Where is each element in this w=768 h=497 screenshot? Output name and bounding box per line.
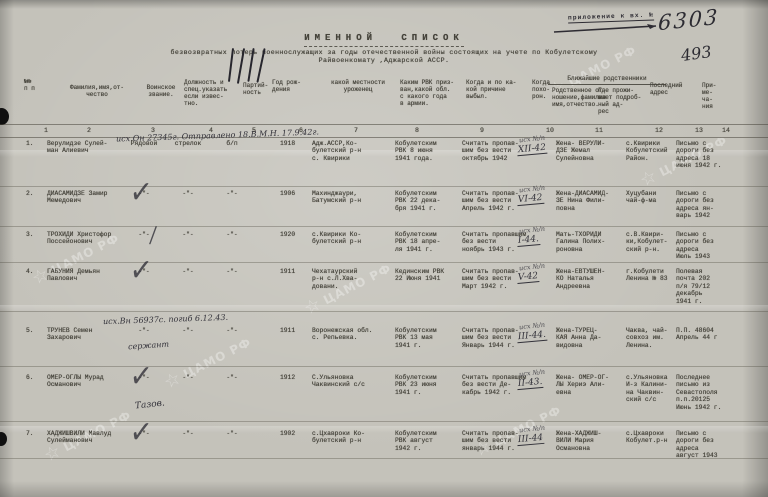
cell-last-address: Последнее письмо из Севастополя п.п.2012… <box>676 374 748 411</box>
cell-party: -"- <box>208 190 256 197</box>
col-number: 1 <box>44 127 48 134</box>
document-subtitle-line2: Райвоенкомату ,Аджарской АССР. <box>0 57 768 64</box>
cell-relative-address: Хуцубани чай-ф-ма <box>626 190 676 205</box>
cell-position: стрелок <box>162 140 214 147</box>
document-subtitle-line1: безвозвратных потерь военнослужащих за г… <box>0 49 768 56</box>
row-separator <box>0 311 768 312</box>
row-separator <box>0 186 768 187</box>
col-header-notes: При- ме- ча- ния <box>702 83 724 111</box>
cell-party: б/п <box>208 140 256 147</box>
row-number: 2. <box>26 190 44 197</box>
col-number: 11 <box>595 127 603 134</box>
scanned-document-page: ☆ЦАМО РФ ☆ЦАМО РФ ☆ЦАМО РФ ☆ЦАМО РФ ☆ЦАМ… <box>0 0 768 497</box>
col-header-num: №№ п п <box>24 79 50 93</box>
cell-relative-address: с.В.Квири- ки,Кобулет- ский р-н. <box>626 231 676 253</box>
cell-last-address: Письмо с дороги без адреса август 1943 <box>676 430 748 460</box>
row-number: 4. <box>26 268 44 275</box>
cell-rank: -"- <box>120 327 168 334</box>
cell-relatives: Жена-ХАДЖИШ- ВИЛИ Мария Османовна <box>556 430 624 452</box>
cell-party: -"- <box>208 430 256 437</box>
scan-blot <box>0 432 7 446</box>
row-number: 1. <box>26 140 44 147</box>
cell-birthplace: Махинджаури, Батумский р-н <box>312 190 382 205</box>
row-number: 7. <box>26 430 44 437</box>
cell-birthplace: Чехатаурский р-н с.Л.Хва- довани. <box>312 268 382 290</box>
handwritten-checkmark: ✓ <box>128 413 154 453</box>
cell-drafted-by: Кединским РВК 22 Июня 1941 <box>395 268 459 283</box>
handwritten-rank: сержант <box>128 340 170 352</box>
row-number: 5. <box>26 327 44 334</box>
cell-rank: Рядовой <box>120 140 168 147</box>
handwritten-date-mark: III-44. <box>517 330 548 344</box>
handwritten-date-mark: III-44 <box>517 433 545 446</box>
cell-party: -"- <box>208 374 256 381</box>
archive-watermark: ☆ЦАМО РФ <box>160 331 255 393</box>
cell-relative-address: с.Ульяновка И-з Калини- на Чаквин- ский … <box>626 374 676 404</box>
col-number: 9 <box>480 127 484 134</box>
cell-position: -"- <box>162 231 214 238</box>
col-header-relative-address: Где прожи- вает подроб- ный ад- рес <box>598 88 648 116</box>
cell-drafted-by: Кобулетским РВК 8 июня 1941 года. <box>395 140 459 162</box>
handwritten-annotation-row5: исх.Вн 56937с. погиб 6.12.43. <box>103 313 228 326</box>
handwritten-note: Тазов. <box>135 398 166 411</box>
handwritten-date-mark: V-42 <box>517 271 540 284</box>
row-number: 6. <box>26 374 44 381</box>
row-number: 3. <box>26 231 44 238</box>
col-group-relatives: Ближайшие родственники <box>548 76 666 85</box>
col-number: 13 <box>695 127 703 134</box>
cell-birth-year: 1906 <box>280 190 310 197</box>
cell-birthplace: с.Цхавроки Ко- булетский р-н <box>312 430 382 445</box>
col-number: 7 <box>354 127 358 134</box>
cell-drafted-by: Кобулетским РВК 23 июня 1941 г. <box>395 374 459 396</box>
cell-relatives: Жена- ОМЕР-ОГ- ЛЫ Хериэ Али- евна <box>556 374 624 396</box>
cell-party: -"- <box>208 231 256 238</box>
cell-relative-address: с.Квирики Кобулетский Район. <box>626 140 676 162</box>
cell-relatives: Жена- ВЕРУЛИ- ДЗЕ Жемал Сулейновна <box>556 140 624 162</box>
cell-relatives: Мать-ТХОРИДИ Галина Полих- роновна <box>556 231 624 253</box>
handwritten-number-6303: 6303 <box>658 5 720 36</box>
cell-position: -"- <box>162 268 214 275</box>
cell-relative-address: г.Кобулети Ленина № 83 <box>626 268 676 283</box>
cell-drafted-by: Кобулетским РВК август 1942 г. <box>395 430 459 452</box>
col-number: 2 <box>87 127 91 134</box>
cell-relatives: Жена-ЕВТУШЕН- КО Наталья Андреевна <box>556 268 624 290</box>
col-number: 8 <box>415 127 419 134</box>
cell-drafted-by: Кобулетским РВК 18 апре- ля 1941 г. <box>395 231 459 253</box>
cell-last-address: Письмо с дороги без адреса 18 июня 1942 … <box>676 140 748 170</box>
cell-last-address: Письмо с дороги без адреса ян- варь 1942 <box>676 190 748 220</box>
cell-birthplace: Воронежская обл. с. Репьевка. <box>312 327 382 342</box>
handwritten-checkmark: ✓ <box>128 251 154 291</box>
col-header-birthplace: какой местности уроженец <box>314 80 402 94</box>
col-header-drafted-by: Каким РВК приз- ван,какой обл. с какого … <box>400 80 464 108</box>
row-separator <box>0 262 768 263</box>
cell-drafted-by: Кобулетским РВК 22 дека- бря 1941 г. <box>395 190 459 212</box>
cell-birthplace: Адж.АССР,Ко- булетский р-н с. Квирики <box>312 140 382 162</box>
cell-relatives: Жена-ТУРЕЦ- КАЯ Анна Да- видовна <box>556 327 624 349</box>
handwritten-checkmark: ✓ <box>128 173 154 213</box>
col-header-name: Фамилия,имя,от- чество <box>58 85 136 99</box>
cell-position: -"- <box>162 327 214 334</box>
cell-birth-year: 1902 <box>280 430 310 437</box>
document-title: ИМЕННОЙ СПИСОК <box>0 33 768 43</box>
col-header-rank: Воинское звание. <box>136 85 186 99</box>
col-number: 12 <box>655 127 663 134</box>
cell-last-address: Письмо с дороги без адреса Июль 1943 <box>676 231 748 261</box>
handwritten-checkmark: ✓ <box>128 357 154 397</box>
col-number: 10 <box>546 127 554 134</box>
cell-party: -"- <box>208 327 256 334</box>
cell-birth-year: 1918 <box>280 140 310 147</box>
star-icon: ☆ <box>636 165 661 191</box>
cell-birthplace: С.Ульяновка Чаквинский с/с <box>312 374 382 389</box>
cell-drafted-by: Кобулетским РВК 13 мая 1941 г. <box>395 327 459 349</box>
cell-birth-year: 1920 <box>280 231 310 238</box>
row-separator <box>0 421 768 422</box>
cell-birth-year: 1911 <box>280 327 310 334</box>
col-header-last-address: Последний адрес <box>650 83 694 97</box>
row-separator <box>0 226 768 227</box>
handwritten-date-mark: I-44. <box>517 234 541 247</box>
cell-rank: -"- <box>120 231 168 238</box>
cell-position: -"- <box>162 374 214 381</box>
row-separator <box>0 366 768 367</box>
cell-relative-address: с.Цхавроки Кобулет.р-н <box>626 430 676 445</box>
cell-relative-address: Чаква, чай- совхоз им. Ленина. <box>626 327 676 349</box>
table-rule <box>0 124 768 125</box>
scan-blot <box>0 108 9 125</box>
cell-position: -"- <box>162 190 214 197</box>
row-separator <box>0 458 768 459</box>
handwritten-date-mark: VI-42 <box>517 193 544 206</box>
cell-last-address: Полевая почта 202 п/я 79/12 декабрь 1941… <box>676 268 748 305</box>
cell-last-address: П.П. 48604 Апрель 44 г <box>676 327 748 342</box>
cell-party: -"- <box>208 268 256 275</box>
handwritten-date-mark: II-43. <box>517 377 544 390</box>
col-header-loss-reason: Когда и по ка- кой причине выбыл. <box>466 80 528 101</box>
cell-birth-year: 1912 <box>280 374 310 381</box>
cell-birth-year: 1911 <box>280 268 310 275</box>
col-header-birth-year: Год рож- дения <box>272 80 308 94</box>
cell-position: -"- <box>162 430 214 437</box>
cell-relatives: Жена-ДИАСАМИД- ЗЕ Нина Фили- повна <box>556 190 624 212</box>
col-header-position: Должность и спец.указать если извес- тно… <box>184 80 242 108</box>
col-number: 14 <box>722 127 730 134</box>
pen-strokes <box>228 48 270 84</box>
cell-birthplace: с.Квирики Ко- булетский р-н <box>312 231 382 246</box>
